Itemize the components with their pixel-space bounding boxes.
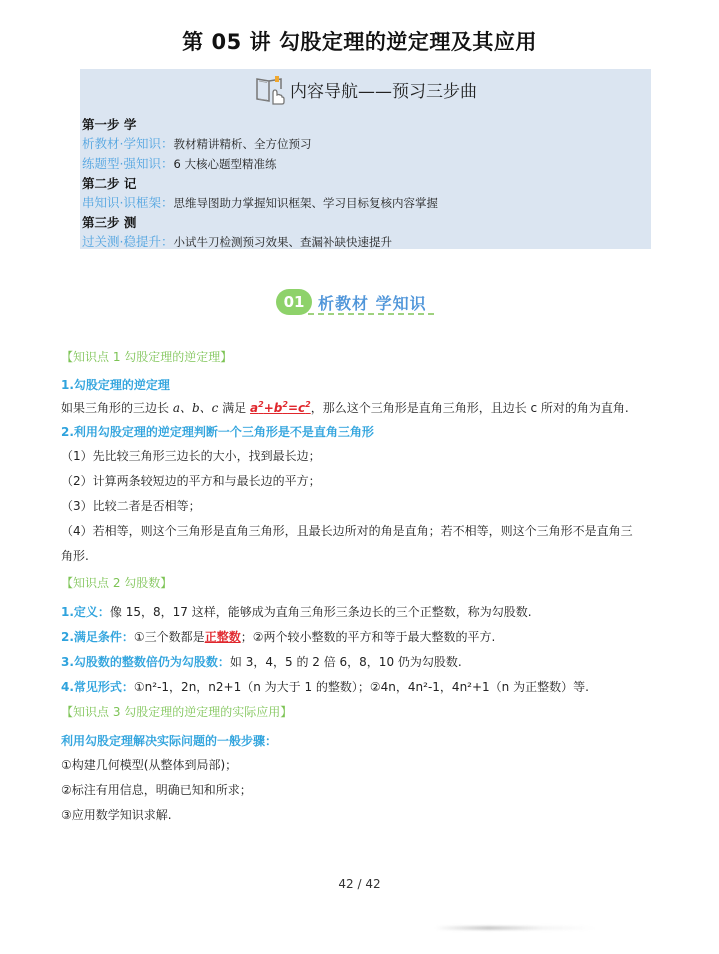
kp2-item-text: ①三个数都是 <box>134 630 205 644</box>
kp1-step: （2）计算两条较短边的平方和与最长边的平方； <box>61 472 321 489</box>
kp3-step: ②标注有用信息，明确已知和所求； <box>61 781 252 798</box>
kp2-item: 2.满足条件：①三个数都是正整数；②两个较小整数的平方和等于最大整数的平方. <box>61 628 495 645</box>
knowledge-point-3-label: 【知识点 3 勾股定理的逆定理的实际应用】 <box>61 703 292 720</box>
nav-steps: 第一步 学 析教材·学知识：教材精讲精析、全方位预习 练题型·强知识：6 大核心… <box>82 115 438 252</box>
section-title: 析教材 学知识 <box>318 291 427 314</box>
kp3-step: ③应用数学知识求解. <box>61 806 172 823</box>
section-dashed-underline <box>308 313 434 315</box>
nav-item-value: 思维导图助力掌握知识框架、学习目标复核内容掌握 <box>173 196 438 210</box>
kp1-step: （4）若相等，则这个三角形是直角三角形，且最长边所对的角是直角；若不相等，则这个… <box>61 522 633 539</box>
nav-title: 内容导航——预习三步曲 <box>290 77 477 102</box>
nav-item: 串知识·识框架：思维导图助力掌握知识框架、学习目标复核内容掌握 <box>82 193 438 213</box>
kp3-step: ①构建几何模型(从整体到局部)； <box>61 756 237 773</box>
nav-item-key: 练题型·强知识： <box>82 156 173 171</box>
content-navigation-box: 内容导航——预习三步曲 第一步 学 析教材·学知识：教材精讲精析、全方位预习 练… <box>80 69 651 249</box>
step-1-heading: 第一步 学 <box>82 115 438 134</box>
book-hand-icon <box>254 73 288 105</box>
kp3-heading: 利用勾股定理解决实际问题的一般步骤： <box>61 732 277 749</box>
nav-item-value: 小试牛刀检测预习效果、查漏补缺快速提升 <box>173 235 392 249</box>
kp1-heading-1: 1.勾股定理的逆定理 <box>61 376 170 393</box>
step-2-heading: 第二步 记 <box>82 174 438 193</box>
kp1-step: 角形. <box>61 547 89 564</box>
knowledge-point-2-label: 【知识点 2 勾股数】 <box>61 574 172 591</box>
kp2-item-text: 像 15，8，17 这样，能够成为直角三角形三条边长的三个正整数，称为勾股数. <box>110 605 532 619</box>
section-number-badge: 01 <box>276 289 312 315</box>
nav-item: 析教材·学知识：教材精讲精析、全方位预习 <box>82 134 438 154</box>
kp2-item-head: 3.勾股数的整数倍仍为勾股数： <box>61 655 230 669</box>
kp2-item-text: ①n²-1，2n，n2+1（n 为大于 1 的整数）；②4n，4n²-1，4n²… <box>134 680 589 694</box>
nav-header: 内容导航——预习三步曲 <box>80 72 651 106</box>
nav-item-key: 过关测·稳提升： <box>82 234 173 249</box>
nav-item-key: 析教材·学知识： <box>82 136 173 151</box>
kp1-step: （1）先比较三角形三边长的大小，找到最长边； <box>61 447 321 464</box>
nav-item-value: 6 大核心题型精准练 <box>173 157 276 171</box>
kp1-paragraph: 如果三角形的三边长 a、b、c 满足 a2+b2=c2，那么这个三角形是直角三角… <box>61 399 629 416</box>
kp2-item: 1.定义：像 15，8，17 这样，能够成为直角三角形三条边长的三个正整数，称为… <box>61 603 532 620</box>
kp2-item: 3.勾股数的整数倍仍为勾股数：如 3，4，5 的 2 倍 6，8，10 仍为勾股… <box>61 653 462 670</box>
kp2-item-head: 4.常见形式： <box>61 680 134 694</box>
scroll-shadow <box>435 926 595 930</box>
pythagorean-formula: a2+b2=c2 <box>250 401 311 415</box>
kp2-item-text: 如 3，4，5 的 2 倍 6，8，10 仍为勾股数. <box>230 655 462 669</box>
kp2-item: 4.常见形式：①n²-1，2n，n2+1（n 为大于 1 的整数）；②4n，4n… <box>61 678 589 695</box>
nav-item-value: 教材精讲精析、全方位预习 <box>173 137 311 151</box>
nav-item: 练题型·强知识：6 大核心题型精准练 <box>82 154 438 174</box>
text: 满足 <box>218 401 250 415</box>
kp1-heading-2: 2.利用勾股定理的逆定理判断一个三角形是不是直角三角形 <box>61 423 374 440</box>
kp1-step: （3）比较二者是否相等； <box>61 497 201 514</box>
nav-item-key: 串知识·识框架： <box>82 195 173 210</box>
knowledge-point-1-label: 【知识点 1 勾股定理的逆定理】 <box>61 348 232 365</box>
page-title: 第 05 讲 勾股定理的逆定理及其应用 <box>0 26 719 56</box>
page-number: 42 / 42 <box>0 877 719 891</box>
highlight-positive-integer: 正整数 <box>205 630 241 644</box>
variables: a、b、c <box>173 401 219 415</box>
kp2-item-head: 1.定义： <box>61 605 110 619</box>
text: 如果三角形的三边长 <box>61 401 173 415</box>
step-3-heading: 第三步 测 <box>82 213 438 232</box>
text: ，那么这个三角形是直角三角形，且边长 c 所对的角为直角. <box>311 401 629 415</box>
kp2-item-text: ；②两个较小整数的平方和等于最大整数的平方. <box>241 630 496 644</box>
kp2-item-head: 2.满足条件： <box>61 630 134 644</box>
nav-item: 过关测·稳提升：小试牛刀检测预习效果、查漏补缺快速提升 <box>82 232 438 252</box>
